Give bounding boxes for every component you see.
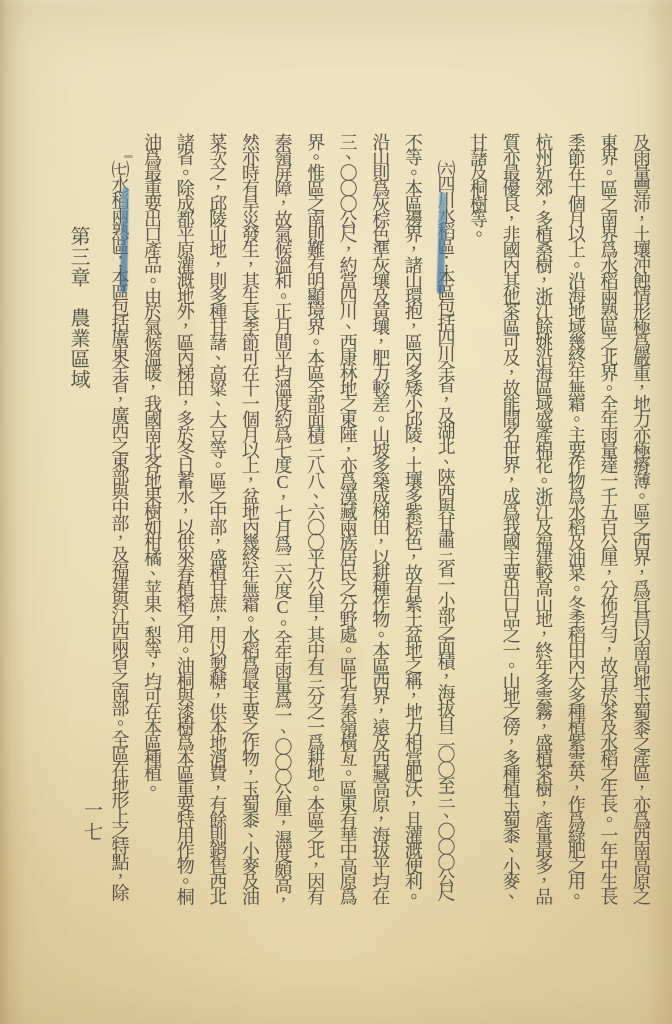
text-column: 三、〇〇〇公尺，約當四川、西康林地之東陲，亦爲漢藏兩族居民之分野處。區北有秦嶺橫… xyxy=(331,133,364,945)
text-column: ㈦水稻兩熟區：本區包括廣東全省，廣西之東部與中部，及福建與江西兩省之南部。全區在… xyxy=(103,133,136,945)
text-column: 然亦時有旱災發生，其生長季節可在十一個月以上，盆地內幾終年無霜。水稻爲最主要之作… xyxy=(233,133,266,945)
text-column: 甘藷及桐樹等。 xyxy=(461,133,494,945)
text-column: 季節在十個月以上。沿海地域幾終年無霜。主要作物爲水稻及油菜。冬季稻田內大多種植紫… xyxy=(559,133,592,945)
text-column: 及雨量豐沛，土壤冲蝕情形極爲嚴重，地力亦極瘠薄。區之西界，爲宜昌以南高地玉蜀黍之… xyxy=(624,133,657,945)
chapter-heading: 第三章農業區域 xyxy=(64,226,93,390)
text-column: 沿山則爲灰棕色準灰壤及黃壤，肥力較差。山坡多築成梯田，以耕種作物。本區西界，遠及… xyxy=(364,133,397,945)
body-text: 及雨量豐沛，土壤冲蝕情形極爲嚴重，地力亦極瘠薄。區之西界，爲宜昌以南高地玉蜀黍之… xyxy=(103,133,657,945)
chapter-title: 農業區域 xyxy=(67,308,89,390)
page-number: 一七 xyxy=(78,800,105,844)
chapter-label: 第三章 xyxy=(67,226,89,288)
text-column: 東界。區之南界爲水稻兩熟區之北界。全年雨量達一千五百公厘，分佈均勻，故宜於茶及水… xyxy=(592,133,625,945)
text-column: 不等。本區邊界，諸山環抱，區內多矮小邱陵，土壤多紫棕色，故有紫土盆地之稱，地力相… xyxy=(396,133,429,945)
text-column: 杭州近郊，多植桑樹，浙江餘姚沿海區域盛產棉花。浙江及福建較高山地，終年多雲霧，盛… xyxy=(527,133,560,945)
text-column: 質亦最優良，非國內其他茶區可及，故能聞名世界，成爲我國主要出口品之一。山地之傍，… xyxy=(494,133,527,945)
scanned-book-page: 及雨量豐沛，土壤冲蝕情形極爲嚴重，地力亦極瘠薄。區之西界，爲宜昌以南高地玉蜀黍之… xyxy=(0,0,672,1024)
text-column: 諸省。除成都平原灌溉地外，區內梯田，多於冬日蓄水，以供來春植稻之用。油桐與漆樹爲… xyxy=(168,133,201,945)
text-column: 秦嶺屏障，故氣候溫和。正月間平均溫度約爲七度C，七月爲二六度C。全年雨量爲一、〇… xyxy=(266,133,299,945)
text-column: 界。惟區之南則難有明顯境界。本區全部面積三八八、六〇〇平方公里，其中有三分之一爲… xyxy=(298,133,331,945)
text-column: 菜次之，邱陵山地，則多種甘藷、高粱、大豆等。區之中部，盛植甘蔗，用以製糖，供本地… xyxy=(201,133,234,945)
text-column: 油爲最重要出口產品。由於氣候溫暖，我國南北各地果樹如柑橘、苹果、梨等，均可在本區… xyxy=(136,133,169,945)
text-column: ㈥四川水稻區：本區包括四川全省，及湖北、陝西與甘肅三省一小部之面積，海拔自二〇〇… xyxy=(429,133,462,945)
